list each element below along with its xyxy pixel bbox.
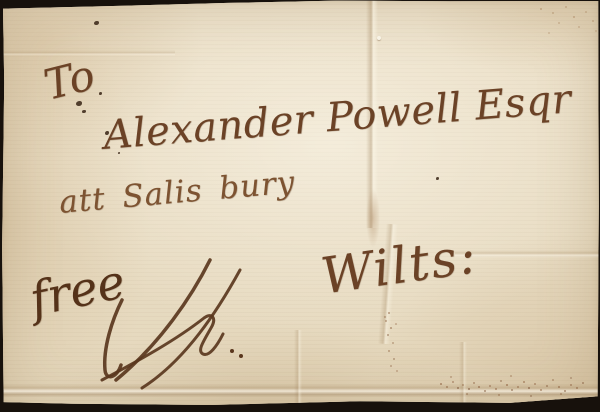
franking-signature-flourish [86,256,258,392]
handwritten-place: att Salis bury [58,167,297,219]
ink-blot [76,101,82,106]
bottom-crease-2 [459,342,467,404]
foxing-speckles-bottom [440,383,442,385]
bottom-crease-1 [294,330,302,406]
handwritten-addressee: Alexander Powell Esqr [102,79,573,156]
ink-blot [82,110,86,113]
foxing-speckles-top-right [540,8,542,10]
pinhole [377,36,381,40]
handwritten-county: Wilts: [318,230,481,301]
ink-blot [99,92,102,95]
foxing-speckle-trail [388,312,390,314]
letter-paper: To Alexander Powell Esqr att Salis bury … [0,0,600,412]
handwritten-to: To [40,54,99,107]
ink-blot [436,177,439,180]
ink-blot [118,152,120,154]
ink-blot [94,21,99,25]
photograph-of-historic-letter: To Alexander Powell Esqr att Salis bury … [0,0,600,412]
